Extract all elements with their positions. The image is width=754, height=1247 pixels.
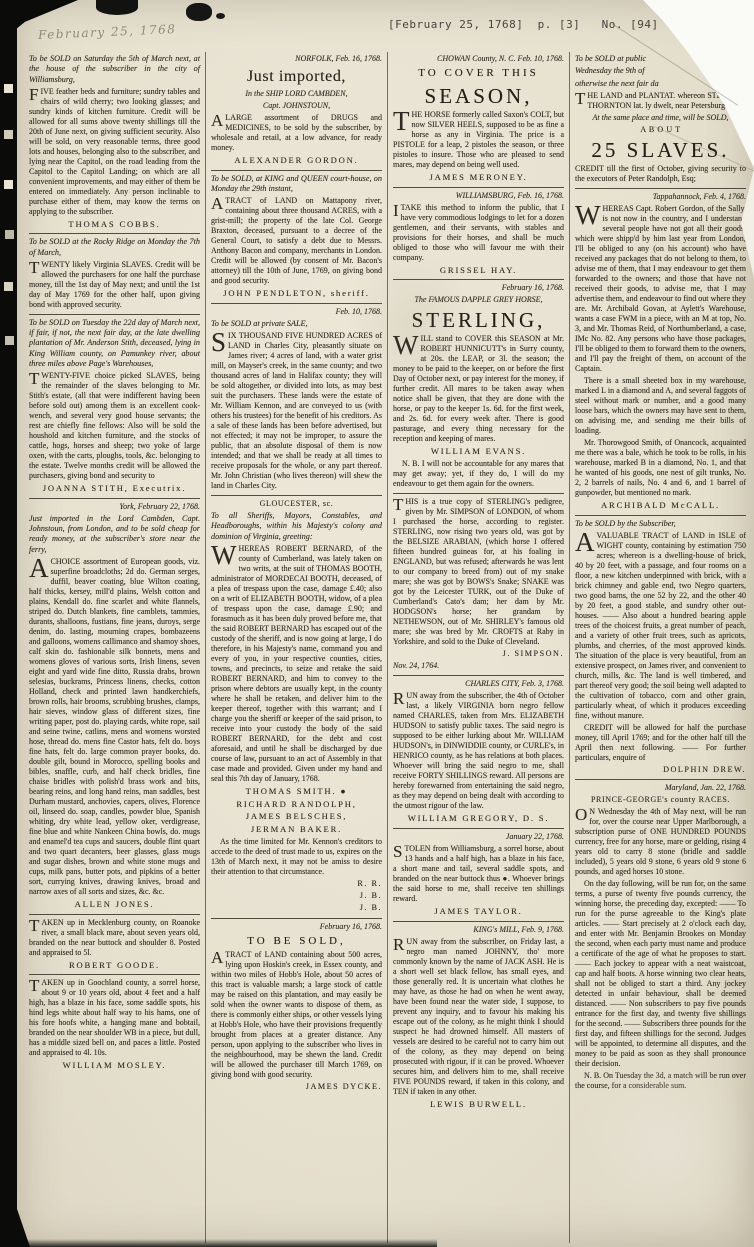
ad-block-sigr: DOLPHIN DREW. — [575, 765, 746, 775]
ad-block-body: WHEREAS Capt. Robert Gordon, of the Sall… — [575, 204, 746, 374]
drop-cap: O — [575, 807, 589, 821]
newspaper-column-1: To be SOLD on Saturday the 5th of March … — [24, 52, 206, 1243]
ad-block-h-med: TO BE SOLD, — [211, 935, 382, 949]
advertisement: To be SOLD at the Rocky Ridge on Monday … — [29, 237, 200, 310]
drop-cap: T — [575, 91, 587, 105]
film-edge-marks — [4, 84, 13, 93]
ad-block-dateline: KING's MILL, Feb. 9, 1768. — [393, 925, 564, 935]
ink-blot — [96, 0, 138, 15]
ad-block-dateline: CHARLES CITY, Feb. 3, 1768. — [393, 679, 564, 689]
ad-block-introI: To be SOLD on Tuesday the 22d day of Mar… — [29, 318, 200, 369]
ad-block-dateline: Tappahannock, Feb. 4, 1768. — [575, 192, 746, 202]
ad-block-h-huge: 25 SLAVES. — [575, 139, 746, 161]
ad-block-body: THIS is a true copy of STERLING's pedigr… — [393, 497, 564, 647]
ad-separator-rule — [575, 188, 746, 189]
ad-block-center: GLOUCESTER, sc. — [211, 499, 382, 509]
ad-block-para: CREDIT will be allowed for half the purc… — [575, 723, 746, 763]
drop-cap: T — [29, 260, 41, 274]
drop-cap: W — [575, 204, 602, 226]
ad-block-dateline: January 22, 1768. — [393, 832, 564, 842]
advertisement: Maryland, Jan. 22, 1768.PRINCE-GEORGE's … — [575, 783, 746, 1091]
ad-block-dateline: NORFOLK, Feb. 16, 1768. — [211, 54, 382, 64]
newspaper-scan: [February 25, 1768] p. [3] No. [94] Febr… — [0, 0, 754, 1247]
ad-block-centerI: At the same place and time, will be SOLD… — [575, 113, 746, 123]
drop-cap: A — [29, 557, 51, 579]
ad-block-sig: THOMAS COBBS. — [29, 219, 200, 230]
ad-block-body: TAKEN up in Mecklenburg county, on Roano… — [29, 918, 200, 958]
ad-separator-rule — [393, 828, 564, 829]
ad-block-sig: WILLIAM EVANS. — [393, 446, 564, 457]
archive-header-label: [February 25, 1768] p. [3] No. [94] — [388, 18, 659, 31]
ad-block-sig: ARCHIBALD McCALL. — [575, 500, 746, 511]
ad-block-body: ALARGE assortment of DRUGS and MEDICINES… — [211, 113, 382, 153]
advertisement: February 16, 1768.TO BE SOLD,ATRACT of L… — [211, 922, 382, 1093]
ad-text: AKEN up in Goochland county, a sorrel ho… — [29, 978, 200, 1057]
ad-block-sig: ALEXANDER GORDON. — [211, 155, 382, 166]
drop-cap: A — [575, 531, 597, 553]
advertisement: Tappahannock, Feb. 4, 1768.WHEREAS Capt.… — [575, 192, 746, 511]
ad-block-body: TWENTY likely Virginia SLAVES. Credit wi… — [29, 260, 200, 310]
ad-block-sig: JAMES MERONEY. — [393, 172, 564, 183]
ad-block-sig: JOANNA STITH, Executrix. — [29, 483, 200, 494]
drop-cap: I — [393, 203, 401, 217]
advertisement: NORFOLK, Feb. 16, 1768.Just imported,In … — [211, 54, 382, 166]
ad-block-sigr: R. R. — [211, 879, 382, 889]
ad-block-sig: WILLIAM GREGORY, D. S. — [393, 813, 564, 824]
advertisement: York, February 22, 1768.Just imported in… — [29, 502, 200, 910]
ad-text: VALUABLE TRACT of LAND in ISLE of WIGHT … — [575, 531, 746, 720]
drop-cap: S — [393, 844, 404, 858]
ad-block-para: N. B. I will not be accountable for any … — [393, 459, 564, 489]
ad-block-dateleft: Nov. 24, 1764. — [393, 661, 564, 671]
ad-block-body: ACHOICE assortment of European goods, vi… — [29, 557, 200, 897]
ad-block-body: FIVE feather beds and furniture; sundry … — [29, 87, 200, 217]
ad-text: LARGE assortment of DRUGS and MEDICINES,… — [211, 113, 382, 152]
drop-cap: A — [211, 113, 225, 127]
handwritten-date-note: February 25, 1768 — [38, 22, 177, 42]
ad-separator-rule — [29, 914, 200, 915]
ad-text: HIS is a true copy of STERLING's pedigre… — [393, 497, 564, 646]
ad-block-centerI: In the SHIP LORD CAMBDEN, — [211, 89, 382, 99]
ad-separator-rule — [211, 495, 382, 496]
advertisement: To be SOLD on Tuesday the 22d day of Mar… — [29, 318, 200, 494]
ad-block-centerI: Capt. JOHNSTOUN, — [211, 101, 382, 111]
ad-block-sig: LEWIS BURWELL. — [393, 1099, 564, 1110]
ad-text: WENTY-FIVE choice picked SLAVES, being t… — [29, 371, 200, 480]
drop-cap: T — [393, 497, 405, 511]
drop-cap: T — [29, 371, 41, 385]
ad-text: HE HORSE formerly called Saxon's COLT, b… — [393, 110, 564, 169]
drop-cap: W — [211, 544, 238, 566]
ad-block-body: RUN away from the subscriber, the 4th of… — [393, 691, 564, 811]
ad-separator-rule — [29, 974, 200, 975]
ad-block-para: On the day following, will be run for, o… — [575, 879, 746, 1069]
ad-block-sigr: J. SIMPSON. — [393, 649, 564, 659]
ad-text: UN away from the subscriber, the 4th of … — [393, 691, 564, 810]
ad-block-h-med: TO COVER THIS — [393, 67, 564, 81]
newspaper-column-3: CHOWAN County, N. C. Feb. 10, 1768.TO CO… — [388, 52, 570, 1243]
ad-block-introI: To be SOLD by the Subscriber, — [575, 519, 746, 529]
ad-separator-rule — [575, 779, 746, 780]
advertisement: To be SOLD by the Subscriber,AVALUABLE T… — [575, 519, 746, 776]
ad-block-body: TWENTY-FIVE choice picked SLAVES, being … — [29, 371, 200, 481]
ad-block-body: THE HORSE formerly called Saxon's COLT, … — [393, 110, 564, 170]
paper-stain — [346, 240, 476, 410]
newspaper-page: [February 25, 1768] p. [3] No. [94] Febr… — [16, 0, 754, 1247]
ad-separator-rule — [211, 170, 382, 171]
ink-blot — [216, 13, 225, 19]
ad-block-body: ON Wednesday the 4th of May next, will b… — [575, 807, 746, 877]
ad-separator-rule — [393, 675, 564, 676]
ad-block-sig: THOMAS SMITH. ● — [211, 786, 382, 797]
ad-block-body: ATRACT of LAND containing about 500 acre… — [211, 950, 382, 1080]
ad-text: UN away from the subscriber, on Friday l… — [393, 937, 564, 1096]
ad-block-sig: JERMAN BAKER. — [211, 824, 382, 835]
ad-block-sig: WILLIAM MOSLEY. — [29, 1060, 200, 1071]
drop-cap: A — [211, 196, 225, 210]
ad-separator-rule — [393, 493, 564, 494]
ad-block-sig: ROBERT GOODE. — [29, 960, 200, 971]
ad-text: AKEN up in Mecklenburg county, on Roanok… — [29, 918, 200, 957]
ad-block-body: CREDIT till the first of October, giving… — [575, 164, 746, 184]
ad-block-sigr: J. B. — [211, 903, 382, 913]
ad-block-dateline: February 16, 1768. — [211, 922, 382, 932]
ad-block-sig: JAMES BELSCHES, — [211, 811, 382, 822]
drop-cap: T — [393, 110, 412, 132]
advertisement: TAKEN up in Goochland county, a sorrel h… — [29, 978, 200, 1071]
advertisement: KING's MILL, Feb. 9, 1768.RUN away from … — [393, 925, 564, 1110]
drop-cap: R — [393, 691, 406, 705]
advertisement: THIS is a true copy of STERLING's pedigr… — [393, 497, 564, 671]
ad-block-h-huge: SEASON, — [393, 85, 564, 107]
ad-block-sigr: JAMES DYCKE. — [211, 1082, 382, 1092]
ad-separator-rule — [29, 314, 200, 315]
ad-text: TRACT of LAND containing about 500 acres… — [211, 950, 382, 1079]
ad-block-body: RUN away from the subscriber, on Friday … — [393, 937, 564, 1097]
film-edge — [0, 0, 17, 1247]
ad-block-introI: To all Sheriffs, Mayors, Constables, and… — [211, 511, 382, 542]
drop-cap: A — [211, 950, 225, 964]
ad-text: HEREAS ROBERT BERNARD, of the county of … — [211, 544, 382, 783]
ad-separator-rule — [575, 515, 746, 516]
ad-block-introI: To be SOLD at the Rocky Ridge on Monday … — [29, 237, 200, 258]
ad-block-dateline: CHOWAN County, N. C. Feb. 10, 1768. — [393, 54, 564, 64]
ad-block-body: STOLEN from Williamsburg, a sorrel horse… — [393, 844, 564, 904]
ad-block-dateline: Maryland, Jan. 22, 1768. — [575, 783, 746, 793]
ad-separator-rule — [29, 498, 200, 499]
ad-block-h-big: Just imported, — [211, 67, 382, 87]
ad-text: CHOICE assortment of European goods, viz… — [29, 557, 200, 896]
drop-cap: R — [393, 937, 406, 951]
ad-block-introI: Just imported in the Lord Cambden, Capt.… — [29, 514, 200, 555]
ad-separator-rule — [211, 918, 382, 919]
ad-block-introI: To be SOLD, at KING and QUEEN court-hous… — [211, 174, 382, 195]
ad-block-para: There is a small sheeted box in my wareh… — [575, 376, 746, 436]
ad-block-sig: JAMES TAYLOR. — [393, 906, 564, 917]
ad-block-sigr: J. B. — [211, 891, 382, 901]
ad-text: TOLEN from Williamsburg, a sorrel horse,… — [393, 844, 564, 903]
ad-block-sig: RICHARD RANDOLPH, — [211, 799, 382, 810]
ad-separator-rule — [29, 233, 200, 234]
ad-text: N Wednesday the 4th of May next, will be… — [575, 807, 746, 876]
ad-block-introI: To be SOLD on Saturday the 5th of March … — [29, 54, 200, 85]
ad-block-body: AVALUABLE TRACT of LAND in ISLE of WIGHT… — [575, 531, 746, 721]
drop-cap: T — [29, 918, 41, 932]
ad-separator-rule — [393, 921, 564, 922]
bottom-edge-shadow — [0, 1239, 437, 1247]
ad-block-sig: ALLEN JONES. — [29, 899, 200, 910]
ad-block-para: As the time limited for Mr. Kennon's cre… — [211, 837, 382, 877]
ad-block-dateline: WILLIAMSBURG, Feb. 16, 1768. — [393, 191, 564, 201]
ad-block-center: PRINCE-GEORGE's county RACES. — [575, 795, 746, 805]
drop-cap: T — [29, 978, 41, 992]
ad-text: IVE feather beds and furniture; sundry t… — [29, 87, 200, 216]
advertisement: CHARLES CITY, Feb. 3, 1768.RUN away from… — [393, 679, 564, 824]
ad-block-dateline: York, February 22, 1768. — [29, 502, 200, 512]
advertisement: TAKEN up in Mecklenburg county, on Roano… — [29, 918, 200, 971]
ad-block-para: Mr. Thorowgood Smith, of Onancock, acqua… — [575, 438, 746, 498]
ad-text: WENTY likely Virginia SLAVES. Credit wil… — [29, 260, 200, 309]
advertisement: To be SOLD on Saturday the 5th of March … — [29, 54, 200, 229]
advertisement: CHOWAN County, N. C. Feb. 10, 1768.TO CO… — [393, 54, 564, 183]
paper-stain — [576, 1050, 754, 1240]
advertisement: GLOUCESTER, sc.To all Sheriffs, Mayors, … — [211, 499, 382, 913]
drop-cap: F — [29, 87, 40, 101]
ad-text: HEREAS Capt. Robert Gordon, of the Sally… — [575, 204, 746, 373]
drop-cap: S — [211, 331, 228, 353]
ad-separator-rule — [393, 187, 564, 188]
ad-block-body: WHEREAS ROBERT BERNARD, of the county of… — [211, 544, 382, 784]
advertisement: January 22, 1768.STOLEN from Williamsbur… — [393, 832, 564, 917]
newspaper-column-2: NORFOLK, Feb. 16, 1768.Just imported,In … — [206, 52, 388, 1243]
ad-block-body: TAKEN up in Goochland county, a sorrel h… — [29, 978, 200, 1058]
ink-blot — [186, 3, 212, 21]
